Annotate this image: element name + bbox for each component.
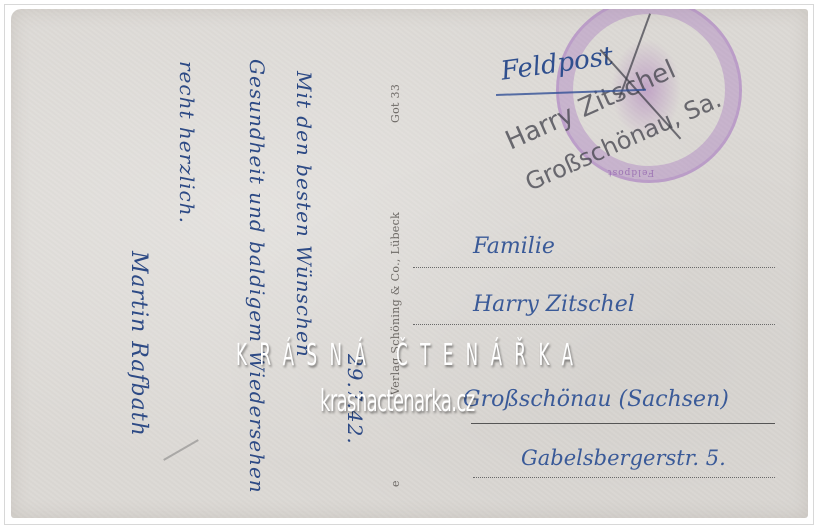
address-line-4: Gabelsbergerstr. 5. — [521, 446, 726, 470]
publisher-code: Got 33 — [389, 84, 402, 123]
address-underline — [471, 423, 775, 424]
publisher-mark: e — [389, 480, 402, 487]
watermark-title: KRÁSNÁ ČTENÁŘKA — [236, 338, 585, 373]
stamp-ring-text: Feldpost — [607, 167, 654, 177]
pencil-arrow-mark — [163, 439, 199, 461]
message-line-1: Mit den besten Wünschen — [292, 71, 316, 358]
address-line-1: Familie — [473, 234, 555, 259]
message-line-2: Gesundheit und baldigem Wiedersehen — [245, 59, 269, 494]
address-dotted-line — [413, 324, 775, 325]
signature: Martin Rafbath — [126, 251, 151, 437]
watermark-url: krasnactenarka.cz — [320, 384, 475, 419]
address-dotted-line — [413, 267, 775, 268]
address-line-3: Großschönau (Sachsen) — [463, 387, 729, 412]
postcard: Feldpost Feldpost Harry Zitschel Großsch… — [11, 9, 808, 518]
message-line-3: recht herzlich. — [175, 61, 199, 224]
address-dotted-line — [473, 477, 775, 478]
address-line-2: Harry Zitschel — [473, 292, 635, 317]
